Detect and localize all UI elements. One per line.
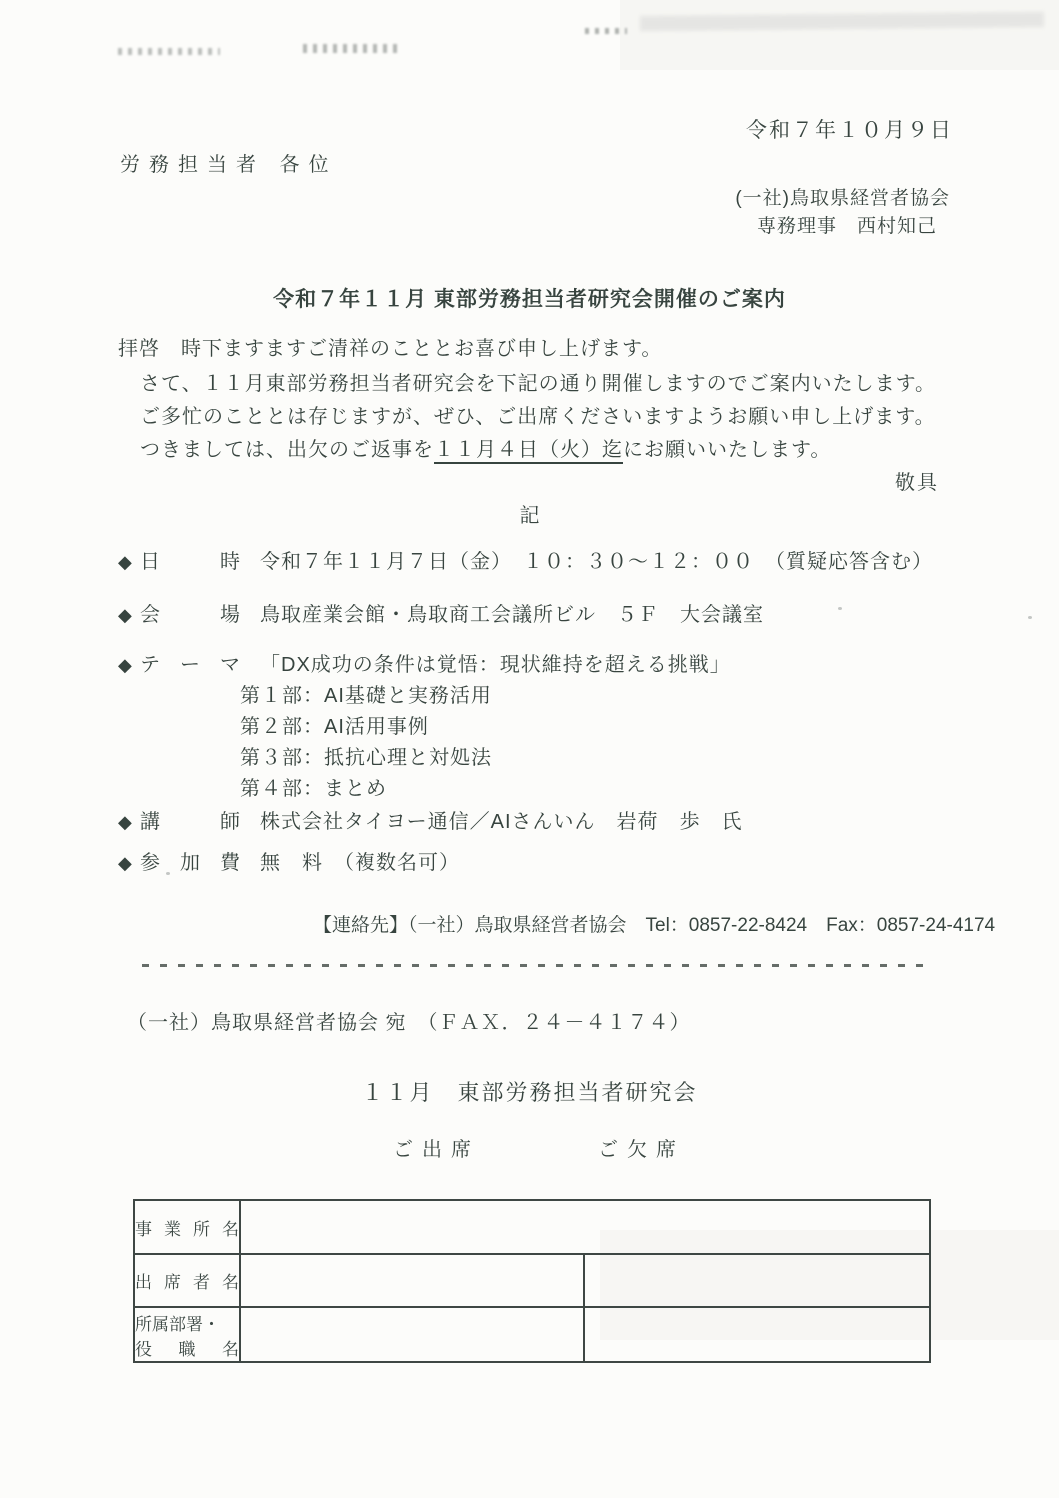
theme-part-4: 第４部：まとめ — [240, 772, 387, 801]
detail-label-venue: 会場 — [140, 598, 240, 627]
issue-date: 令和７年１０月９日 — [746, 114, 953, 144]
attendee-name-label: 出席者名 — [134, 1254, 240, 1307]
detail-value-theme: 「DX成功の条件は覚悟：現状維持を超える挑戦」 — [260, 654, 731, 676]
department-label-line2: 役職名 — [135, 1335, 239, 1360]
detail-label-datetime: 日時 — [140, 545, 240, 574]
diamond-bullet-icon: ◆ — [118, 812, 140, 833]
greeting-line: 拝啓 時下ますますご清祥のこととお喜び申し上げます。 — [118, 332, 662, 361]
detail-row-fee: ◆参加費無 料 （複数名可） — [118, 846, 460, 875]
attend-option-label: ご出席 — [393, 1133, 480, 1162]
detail-value-fee: 無 料 （複数名可） — [260, 852, 460, 874]
scan-artifact — [303, 44, 399, 53]
department-label-line1: 所属部署・ — [135, 1310, 239, 1335]
detail-label-lecturer: 講師 — [140, 805, 240, 834]
sender-organization: (一社)鳥取県経営者協会 — [735, 183, 950, 210]
reply-deadline: １１月４日（火）迄 — [434, 439, 623, 464]
diamond-bullet-icon: ◆ — [118, 853, 140, 874]
sender-person: 専務理事 西村知己 — [757, 211, 937, 238]
deadline-post-text: にお願いいたします。 — [623, 439, 831, 461]
detail-row-theme: ◆テーマ「DX成功の条件は覚悟：現状維持を超える挑戦」 — [118, 648, 731, 677]
closing-word: 敬具 — [895, 466, 939, 495]
reply-meeting-title: １１月 東部労務担当者研究会 — [0, 1076, 1059, 1107]
detail-value-lecturer: 株式会社タイヨー通信／AIさんいん 岩荷 歩 氏 — [260, 811, 743, 833]
table-row: 出席者名 — [134, 1254, 930, 1307]
attendee-name-field-1 — [240, 1254, 584, 1307]
theme-part-1: 第１部：AI基礎と実務活用 — [240, 679, 492, 708]
detail-value-venue: 鳥取産業会館・鳥取商工会議所ビル ５Ｆ 大会議室 — [260, 604, 764, 626]
department-field-1 — [240, 1307, 584, 1362]
detail-label-fee: 参加費 — [140, 846, 240, 875]
scan-artifact — [640, 12, 1044, 31]
detail-label-theme: テーマ — [140, 648, 240, 677]
table-row: 事業所名 — [134, 1200, 930, 1254]
record-heading: 記 — [0, 499, 1059, 528]
department-field-2 — [584, 1307, 930, 1362]
scan-artifact — [118, 48, 220, 55]
scan-artifact — [585, 28, 627, 34]
diamond-bullet-icon: ◆ — [118, 655, 140, 676]
detail-value-datetime: 令和７年１１月７日（金） １０：３０～１２：００ （質疑応答含む） — [260, 551, 933, 573]
body-line-request: ご多忙のこととは存じますが、ぜひ、ご出席くださいますようお願い申し上げます。 — [140, 400, 936, 429]
scan-shading — [620, 0, 1059, 70]
dashed-cut-line — [142, 964, 934, 967]
attendee-name-field-2 — [584, 1254, 930, 1307]
document-title: 令和７年１１月 東部労務担当者研究会開催のご案内 — [0, 283, 1059, 313]
detail-row-venue: ◆会場鳥取産業会館・鳥取商工会議所ビル ５Ｆ 大会議室 — [118, 598, 764, 627]
recipient-line: 労務担当者 各位 — [120, 148, 338, 177]
deadline-pre-text: つきましては、出欠のご返事を — [140, 439, 434, 461]
table-row: 所属部署・ 役職名 — [134, 1307, 930, 1362]
theme-part-3: 第３部：抵抗心理と対処法 — [240, 741, 492, 770]
office-name-field — [240, 1200, 930, 1254]
detail-row-datetime: ◆日時令和７年１１月７日（金） １０：３０～１２：００ （質疑応答含む） — [118, 545, 933, 574]
body-line-announcement: さて、１１月東部労務担当者研究会を下記の通り開催しますのでご案内いたします。 — [140, 367, 936, 396]
scan-speck — [838, 607, 842, 610]
diamond-bullet-icon: ◆ — [118, 605, 140, 626]
department-title-label: 所属部署・ 役職名 — [134, 1307, 240, 1362]
theme-part-2: 第２部：AI活用事例 — [240, 710, 429, 739]
reply-form-table: 事業所名 出席者名 所属部署・ 役職名 — [133, 1199, 931, 1363]
body-line-deadline: つきましては、出欠のご返事を１１月４日（火）迄にお願いいたします。 — [140, 433, 831, 462]
contact-info: 【連絡先】（一社）鳥取県経営者協会 Tel：0857-22-8424 Fax：0… — [313, 910, 995, 937]
office-name-label: 事業所名 — [134, 1200, 240, 1254]
diamond-bullet-icon: ◆ — [118, 552, 140, 573]
scan-speck — [1028, 616, 1032, 619]
fax-addressee: （一社）鳥取県経営者協会 宛 （ＦＡＸ．２４－４１７４） — [127, 1006, 691, 1035]
detail-row-lecturer: ◆講師株式会社タイヨー通信／AIさんいん 岩荷 歩 氏 — [118, 805, 743, 834]
absent-option-label: ご欠席 — [598, 1133, 685, 1162]
